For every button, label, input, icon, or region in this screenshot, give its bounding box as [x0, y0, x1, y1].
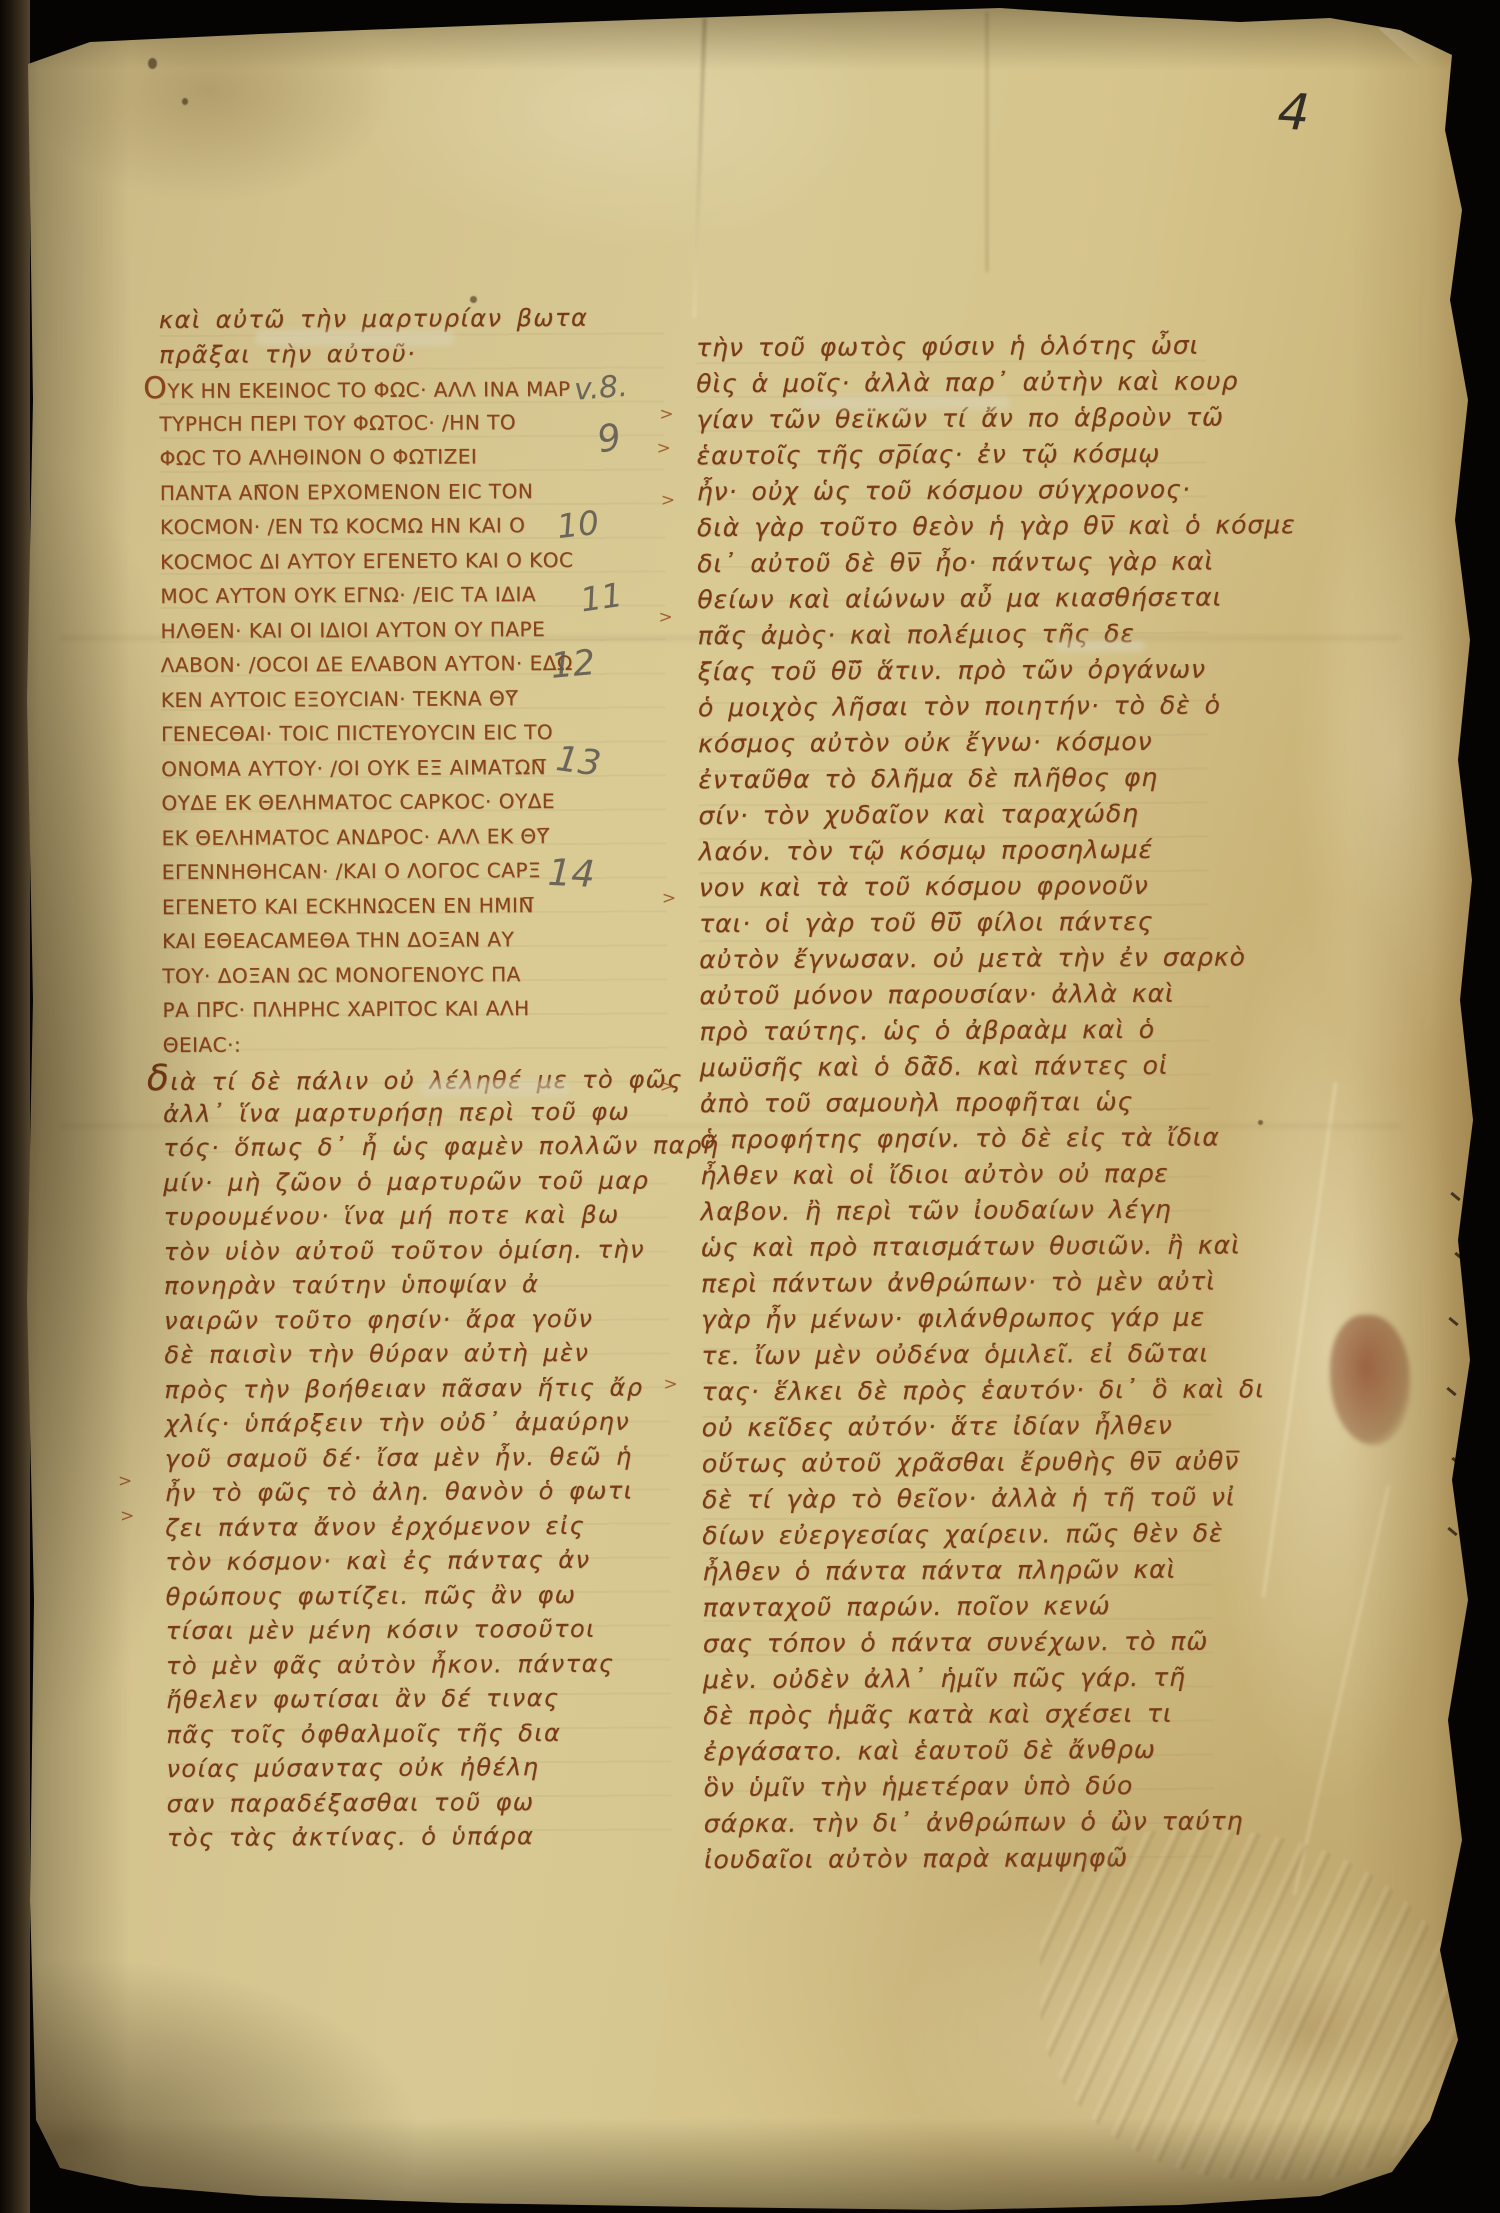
pencil-verse-numbers: v.8.91011121314 [0, 0, 1494, 4]
diple-mark: > [662, 888, 676, 908]
text-line: θρώπους φωτίζει. πῶς ἂν φω [165, 1577, 670, 1614]
diple-mark: > [661, 490, 675, 510]
text-line: τὸν κόσμον· καὶ ἐς πάντας ἀν [165, 1542, 670, 1579]
bleed-through-smudge [255, 330, 455, 346]
diple-mark: > [659, 404, 673, 424]
verse-number: 14 [547, 851, 596, 896]
text-line: πονηρὰν ταύτην ὑποψίαν ἀ [164, 1266, 669, 1303]
text-line: δι᾽ αὐτοῦ δὲ θν̅ ἦο· πάντως γὰρ καὶ [697, 544, 1207, 583]
text-line: δὲ τί γὰρ τὸ θεῖον· ἀλλὰ ἡ τῆ τοῦ νἰ [702, 1480, 1212, 1519]
text-line: νον καὶ τὰ τοῦ κόσμου φρονοῦν [699, 868, 1209, 907]
text-line: τὴν τοῦ φωτὸς φύσιν ἡ ὁλότης ὦσι [696, 328, 1206, 367]
text-line: πανταχοῦ παρών. ποῖον κενώ [703, 1588, 1213, 1627]
diple-mark: > [658, 607, 672, 627]
text-line: δίων εὐεργεσίας χαίρειν. πῶς θὲν δὲ [702, 1516, 1212, 1555]
text-line: γὰρ ἦν μένων· φιλάνθρωπος γάρ με [701, 1300, 1211, 1339]
text-line: ΦΩϹ ΤΟ ΑΛΗΘΙΝΟΝ Ο ΦΩΤΙΖΕΙ [160, 438, 665, 475]
text-line: τὸ μὲν φᾶς αὐτὸν ἦκον. πάντας [166, 1646, 671, 1683]
ink-spot [182, 98, 188, 105]
verse-number: v.8. [573, 369, 629, 408]
text-line: γοῦ σαμοῦ δέ· ἴσα μὲν ἦν. θεῶ ἡ [165, 1439, 670, 1476]
text-line: κόσμος αὐτὸν οὐκ ἔγνω· κόσμον [698, 724, 1208, 763]
text-line: πᾶς τοῖς ὀφθαλμοῖς τῆς δια [166, 1715, 671, 1752]
folio-number: 4 [1276, 82, 1311, 142]
book-spine-edge [0, 0, 30, 2213]
verse-number: 13 [554, 739, 604, 785]
verse-number: 10 [555, 503, 601, 546]
text-line: οὐ κεῖδες αὐτόν· ἅτε ἰδίαν ἦλθεν [702, 1408, 1212, 1447]
text-line: πρὸς τὴν βοήθειαν πᾶσαν ἥτις ἄρ [164, 1370, 669, 1407]
verse-number: 11 [578, 575, 625, 620]
text-line: ΚΟϹΜΟϹ ΔΙ ΑΥΤΟΥ ΕΓΕΝΕΤΟ ΚΑΙ Ο ΚΟϹ [160, 542, 665, 579]
horizontal-crease [60, 636, 1400, 640]
text-line: ἑαυτοῖς τῆς σρ̅ίας· ἐν τῷ κόσμῳ [697, 436, 1207, 475]
text-line: ἦλθεν ὁ πάντα πάντα πληρῶν καὶ [702, 1552, 1212, 1591]
text-line: διὰ τί δὲ πάλιν οὐ λέληθέ με τὸ φῶς [163, 1059, 668, 1096]
text-line: θείων καὶ αἰώνων αὖ μα κιασθήσεται [697, 580, 1207, 619]
text-line: ΚΑΙ ΕΘΕΑϹΑΜΕΘΑ ΤΗΝ ΔΟΞΑΝ ΑΥ [162, 921, 667, 958]
bleed-through-smudge [1055, 640, 1145, 652]
text-line: σας τόπον ὁ πάντα συνέχων. τὸ πῶ [703, 1624, 1213, 1663]
diple-mark: > [660, 1076, 674, 1096]
horizontal-crease [60, 1124, 1400, 1128]
text-line: ὃν ὑμῖν τὴν ἡμετέραν ὑπὸ δύο [703, 1768, 1213, 1807]
text-line: τός· ὅπως δ᾽ ἦ ὡς φαμὲν πολλῶν παρῆ [163, 1128, 668, 1165]
text-line: τίσαι μὲν μένη κόσιν τοσοῦτοι [166, 1611, 671, 1648]
text-line: ΚΕΝ ΑΥΤΟΙϹ ΕΞΟΥϹΙΑΝ· ΤΕΚΝΑ ΘΥ̅ [161, 680, 666, 717]
text-line: ἤθελεν φωτίσαι ἂν δέ τινας [166, 1680, 671, 1717]
text-line: ὁ μοιχὸς λῆσαι τὸν ποιητήν· τὸ δὲ ὁ [698, 688, 1208, 727]
text-line: ἦν τὸ φῶς τὸ ἀλη. θανὸν ὁ φωτι [165, 1473, 670, 1510]
text-line: ΕΚ ΘΕΛΗΜΑΤΟϹ ΑΝΔΡΟϹ· ΑΛΛ ΕΚ ΘΥ̅ [161, 818, 666, 855]
text-line: χλίς· ὑπάρξειν τὴν οὐδ᾽ ἀμαύρην [165, 1404, 670, 1441]
text-line: ΡΑ ΠΡ̅Ϲ· ΠΛΗΡΗϹ ΧΑΡΙΤΟϹ ΚΑΙ ΑΛΗ [162, 990, 667, 1027]
text-line: ἦλθεν καὶ οἱ ἴδιοι αὐτὸν οὐ παρε [700, 1156, 1210, 1195]
text-line: λαβον. ἢ περὶ τῶν ἰουδαίων λέγη [700, 1192, 1210, 1231]
diple-mark: > [663, 1374, 677, 1394]
text-line: δὲ παισὶν τὴν θύραν αὐτὴ μὲν [164, 1335, 669, 1372]
text-line: ζει πάντα ἄνον ἐρχόμενον εἰς [165, 1508, 670, 1545]
diple-marks-right: >>>>>>> [0, 0, 1494, 4]
ink-spot [148, 58, 157, 69]
text-line: μωϋσῆς καὶ ὁ δὰ̅δ. καὶ πάντες οἱ [700, 1048, 1210, 1087]
text-line: ἐνταῦθα τὸ δλῆμα δὲ πλῆθος φη [698, 760, 1208, 799]
verse-number: 12 [549, 643, 597, 687]
text-line: αὐτὸν ἔγνωσαν. οὐ μετὰ τὴν ἐν σαρκὸ [699, 940, 1209, 979]
text-line: ται· οἱ γὰρ τοῦ θῦ̅ φίλοι πάντες [699, 904, 1209, 943]
diple-mark: > [118, 1471, 132, 1491]
text-line: περὶ πάντων ἀνθρώπων· τὸ μὲν αὐτὶ [701, 1264, 1211, 1303]
text-line: σαν παραδέξασθαι τοῦ φω [167, 1784, 672, 1821]
text-line: δὲ πρὸς ἡμᾶς κατὰ καὶ σχέσει τι [703, 1696, 1213, 1735]
text-line: τὸν υἱὸν αὐτοῦ τοῦτον ὁμίση. τὴν [164, 1232, 669, 1269]
text-line: ἐργάσατο. καὶ ἑαυτοῦ δὲ ἄνθρω [703, 1732, 1213, 1771]
diple-mark: > [120, 1506, 134, 1526]
text-line: λαόν. τὸν τῷ κόσμῳ προσηλωμέ [699, 832, 1209, 871]
text-line: μὲν. οὐδὲν ἀλλ᾽ ἡμῖν πῶς γάρ. τῆ [703, 1660, 1213, 1699]
text-line: ἀπὸ τοῦ σαμουὴλ προφῆται ὡς [700, 1084, 1210, 1123]
text-line: ΟΥΔΕ ΕΚ ΘΕΛΗΜΑΤΟϹ ϹΑΡΚΟϹ· ΟΥΔΕ [161, 783, 666, 820]
text-line: νοίας μύσαντας οὐκ ἠθέλη [166, 1749, 671, 1786]
text-line: ἦν· οὐχ ὡς τοῦ κόσμου σύγχρονος· [697, 472, 1207, 511]
bleed-through-smudge [420, 1080, 570, 1096]
vertical-crease [986, 12, 988, 272]
text-line: ΘΕΙΑϹ·: [163, 1025, 668, 1062]
text-line: ΤΟΥ· ΔΟΞΑΝ ΩϹ ΜΟΝΟΓΕΝΟΥϹ ΠΑ [162, 956, 667, 993]
text-line: αὐτοῦ μόνον παρουσίαν· ἀλλὰ καὶ [699, 976, 1209, 1015]
text-line: τε. ἴων μὲν οὐδένα ὁμιλεῖ. εἰ δῶται [701, 1336, 1211, 1375]
text-line: πρὸ ταύτης. ὡς ὁ ἀβραὰμ καὶ ὁ [700, 1012, 1210, 1051]
text-line: τυρουμένου· ἵνα μή ποτε καὶ βω [163, 1197, 668, 1234]
text-line: διὰ γὰρ τοῦτο θεὸν ἡ γὰρ θν̅ καὶ ὁ κόσμε [697, 508, 1207, 547]
right-text-column: τὴν τοῦ φωτὸς φύσιν ἡ ὁλότης ὦσιθὶς ἁ μο… [696, 328, 1214, 1887]
text-line: οὕτως αὐτοῦ χρᾶσθαι ἔρυθὴς θν̅ αὐθν̅ [702, 1444, 1212, 1483]
text-line: ξίας τοῦ θῦ̅ ἅτιν. πρὸ τῶν ὀργάνων [698, 652, 1208, 691]
bleed-through-smudge [800, 396, 1010, 410]
text-line: τας· ἕλκει δὲ πρὸς ἑαυτόν· δι᾽ ὃ καὶ δι [701, 1372, 1211, 1411]
ink-spot [470, 296, 477, 303]
diple-mark: > [657, 438, 671, 458]
text-line: ΤΥΡΗϹΗ ΠΕΡΙ ΤΟΥ ΦΩΤΟϹ· /ΗΝ ΤΟ [159, 404, 664, 441]
manuscript-photo: { "page": { "folio_number": "4", "ink_co… [0, 0, 1500, 2213]
text-line: τὸς τὰς ἀκτίνας. ὁ ὑπάρα [167, 1818, 672, 1855]
text-line: ὡς καὶ πρὸ πταισμάτων θυσιῶν. ἢ καὶ [701, 1228, 1211, 1267]
parchment-page: 4 καὶ αὐτῶ τὴν μαρτυρίαν βωταπρᾶξαι τὴν … [0, 0, 1500, 2213]
text-line: ναιρῶν τοῦτο φησίν· ἄρα γοῦν [164, 1301, 669, 1338]
text-line: σίν· τὸν χυδαῖον καὶ ταραχώδη [698, 796, 1208, 835]
diple-marks-left: >> [0, 0, 1494, 4]
text-line: μίν· μὴ ζῶον ὁ μαρτυρῶν τοῦ μαρ [163, 1163, 668, 1200]
